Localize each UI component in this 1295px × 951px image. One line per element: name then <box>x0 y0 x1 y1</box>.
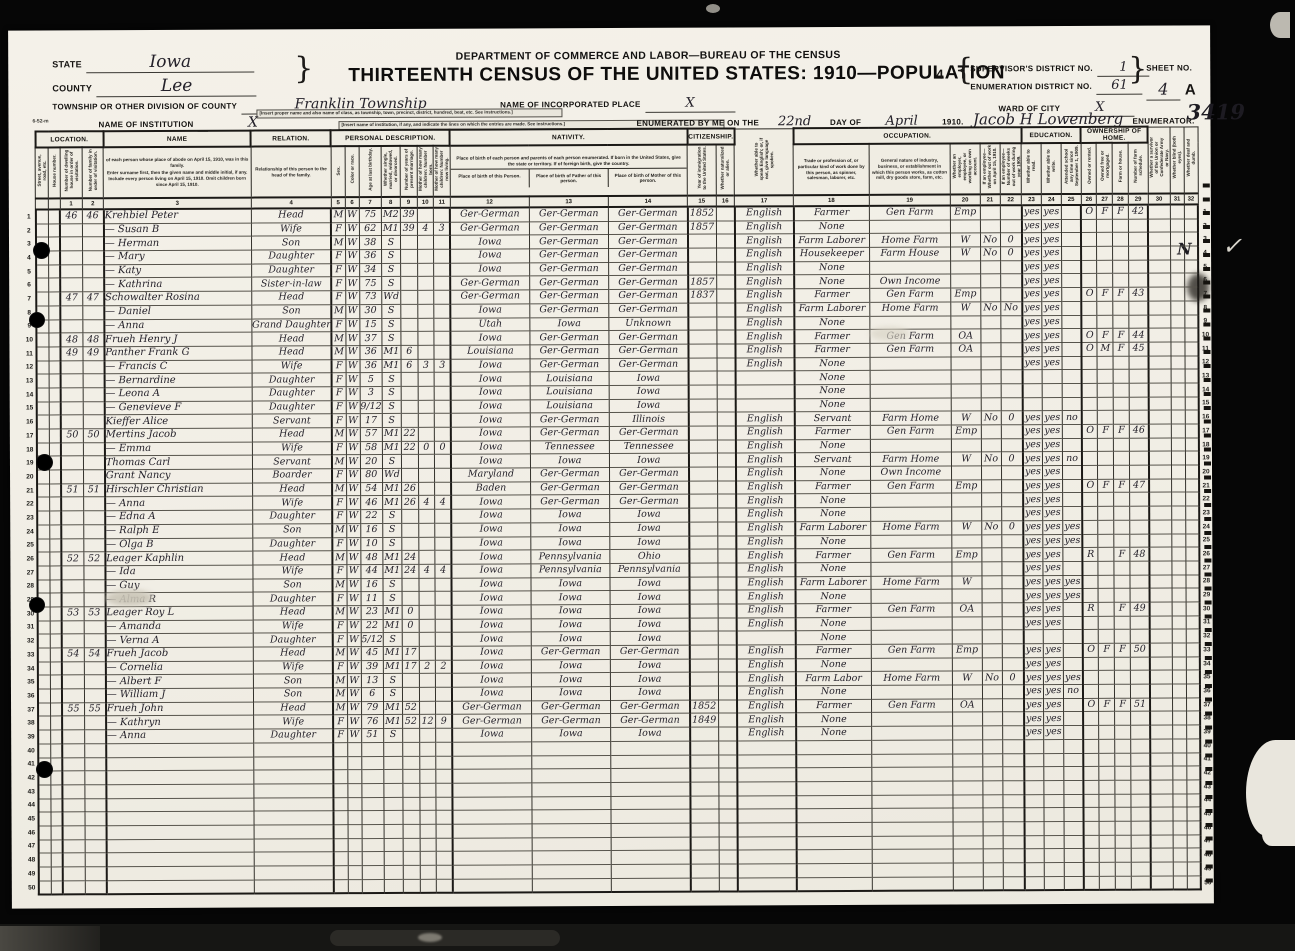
cell-attended-school <box>1062 274 1082 288</box>
cell-civil-war-veteran <box>1150 739 1172 753</box>
cell-relation: Sister-in-law <box>251 277 331 291</box>
cell-years-married <box>403 756 420 770</box>
cell-age <box>362 879 384 893</box>
cell-father-birthplace: Iowa <box>531 687 610 701</box>
cell-language: English <box>735 316 794 330</box>
cell-home-free-mortgaged <box>1098 547 1114 561</box>
cell-immigration-year <box>690 864 718 878</box>
cell-occupation <box>796 768 872 782</box>
cell-occupation <box>796 740 872 754</box>
cell-out-of-work <box>981 507 1001 521</box>
cell-weeks-out-of-work <box>1000 219 1022 233</box>
cell-attended-school <box>1062 438 1082 452</box>
cell-person-name: — Genevieve F <box>104 401 252 415</box>
cell-industry: Home Farm <box>871 521 952 535</box>
cell-naturalization <box>717 385 736 399</box>
cell-years-married <box>403 797 420 811</box>
cell-immigration-year: 1837 <box>688 289 716 303</box>
cell-marital-status: S <box>381 236 400 250</box>
cell-street <box>38 853 51 867</box>
cell-relation: Head <box>252 482 332 496</box>
cell-immigration-year <box>689 563 717 577</box>
cell-employment-class: OA <box>951 329 981 343</box>
cell-children-born <box>419 578 436 592</box>
cell-family-number <box>85 867 107 881</box>
cell-farm-or-house <box>1114 493 1130 507</box>
cell-immigration-year <box>689 549 717 563</box>
cell-relation: Head <box>253 551 333 565</box>
cell-attended-school <box>1064 726 1084 740</box>
cell-mother-birthplace: Ger-German <box>609 289 688 303</box>
cell-civil-war-veteran <box>1151 848 1173 862</box>
census-title: THIRTEENTH CENSUS OF THE UNITED STATES: … <box>348 63 928 88</box>
cell-farm-schedule-number <box>1130 575 1150 589</box>
cell-naturalization <box>717 549 736 563</box>
cell-years-married <box>401 468 418 482</box>
cell-birthplace <box>453 783 532 797</box>
cell-language: English <box>735 412 794 426</box>
cell-color-race <box>348 825 362 839</box>
cell-age <box>362 824 384 838</box>
cell-birthplace: Iowa <box>451 413 530 427</box>
cell-employment-class: W <box>950 233 980 247</box>
line-number-left: 24 <box>24 525 37 539</box>
cell-deaf-dumb <box>1186 547 1200 561</box>
cell-blind <box>1172 739 1186 753</box>
cell-home-owned-rented <box>1081 233 1097 247</box>
cell-marital-status: S <box>384 729 403 743</box>
cell-relation: Wife <box>253 715 333 729</box>
line-number-left: 18 <box>24 443 37 457</box>
line-number-left: 12 <box>24 361 37 375</box>
cell-industry: Gen Farm <box>871 699 952 713</box>
cell-house-number <box>49 278 61 292</box>
cell-house-number <box>50 525 62 539</box>
cell-out-of-work: No <box>981 411 1001 425</box>
cell-can-read: yes <box>1022 356 1042 370</box>
cell-blind <box>1171 506 1185 520</box>
cell-home-owned-rented <box>1081 274 1097 288</box>
cell-industry: Gen Farm <box>870 425 951 439</box>
cell-children-born <box>418 550 435 564</box>
cell-blind <box>1172 561 1186 575</box>
cell-color-race <box>348 811 362 825</box>
cell-industry: Gen Farm <box>871 644 952 658</box>
cell-dwelling-number <box>63 730 85 744</box>
cell-weeks-out-of-work <box>1003 822 1025 836</box>
paper-smudge <box>869 327 909 341</box>
cell-dwelling-number <box>60 237 82 251</box>
cell-mother-birthplace: Iowa <box>610 577 689 591</box>
cell-family-number: 46 <box>82 209 104 223</box>
cell-attended-school <box>1062 479 1082 493</box>
cell-can-read: yes <box>1022 342 1042 356</box>
column-header: General nature of industry, business, or… <box>869 144 950 195</box>
cell-out-of-work <box>982 740 1002 754</box>
cell-deaf-dumb <box>1186 574 1200 588</box>
cell-mother-birthplace: Ger-German <box>610 700 689 714</box>
cell-age: 76 <box>361 715 383 729</box>
line-number-left: 43 <box>25 785 38 799</box>
cell-relation: Son <box>253 688 333 702</box>
cell-person-name: — Anna <box>106 729 254 743</box>
cell-mother-birthplace: Iowa <box>610 673 689 687</box>
column-number: 22 <box>1000 194 1022 205</box>
cell-home-owned-rented <box>1081 246 1097 260</box>
cell-home-owned-rented <box>1082 520 1098 534</box>
cell-marital-status: M1 <box>383 701 402 715</box>
cell-father-birthplace: Ger-German <box>529 207 608 222</box>
cell-home-owned-rented <box>1084 849 1100 863</box>
cell-civil-war-veteran <box>1148 232 1170 246</box>
cell-dwelling-number <box>63 853 85 867</box>
cell-farm-or-house <box>1114 561 1130 575</box>
enum-district-value: 61 <box>1111 78 1128 93</box>
cell-deaf-dumb <box>1187 807 1201 821</box>
cell-mother-birthplace <box>611 809 690 823</box>
cell-home-free-mortgaged <box>1097 233 1113 247</box>
column-group-header: NAME <box>103 131 251 148</box>
cell-dwelling-number <box>62 538 84 552</box>
cell-mother-birthplace: Ger-German <box>609 262 688 276</box>
cell-civil-war-veteran <box>1151 876 1173 890</box>
cell-mother-birthplace: Ger-German <box>609 426 688 440</box>
cell-language: English <box>736 604 795 618</box>
cell-out-of-work <box>981 493 1001 507</box>
cell-out-of-work: No <box>980 247 1000 261</box>
cell-relation <box>254 797 334 811</box>
cell-farm-schedule-number <box>1129 369 1149 383</box>
cell-father-birthplace: Ger-German <box>529 235 608 249</box>
cell-children-born <box>417 318 434 332</box>
cell-years-married <box>402 674 419 688</box>
cell-father-birthplace: Iowa <box>530 454 609 468</box>
cell-deaf-dumb <box>1185 383 1199 397</box>
cell-children-living <box>436 879 453 893</box>
cell-weeks-out-of-work: 0 <box>1001 452 1023 466</box>
cell-street <box>37 511 50 525</box>
cell-blind <box>1172 616 1186 630</box>
cell-color-race: W <box>346 496 360 510</box>
cell-industry <box>869 220 950 234</box>
cell-color-race: W <box>347 564 361 578</box>
cell-attended-school <box>1064 876 1084 890</box>
cell-dwelling-number: 46 <box>60 209 82 223</box>
cell-home-owned-rented <box>1082 411 1098 425</box>
cell-attended-school <box>1062 356 1082 370</box>
cell-out-of-work: No <box>980 302 1000 316</box>
cell-weeks-out-of-work <box>1002 740 1024 754</box>
cell-sex <box>334 742 348 756</box>
cell-can-read: yes <box>1023 425 1043 439</box>
cell-birthplace: Utah <box>451 317 530 331</box>
cell-deaf-dumb <box>1187 876 1201 890</box>
cell-color-race: W <box>347 619 361 633</box>
cell-years-married: 39 <box>400 222 417 236</box>
cell-relation <box>254 825 334 839</box>
cell-can-read <box>1024 876 1044 890</box>
cell-farm-schedule-number <box>1129 452 1149 466</box>
cell-civil-war-veteran <box>1150 643 1172 657</box>
column-number: 7 <box>359 197 381 208</box>
column-number: 12 <box>450 196 529 207</box>
cell-home-owned-rented: R <box>1083 602 1099 616</box>
cell-immigration-year <box>689 604 717 618</box>
cell-street <box>37 538 50 552</box>
cell-can-write <box>1044 863 1064 877</box>
cell-deaf-dumb <box>1186 616 1200 630</box>
cell-marital-status: M1 <box>383 660 402 674</box>
cell-out-of-work <box>982 630 1002 644</box>
cell-birthplace: Iowa <box>451 372 530 386</box>
cell-civil-war-veteran <box>1149 383 1171 397</box>
cell-children-living <box>435 550 452 564</box>
cell-children-living <box>435 537 452 551</box>
cell-sex: M <box>333 606 347 620</box>
cell-birthplace <box>453 865 532 879</box>
cell-naturalization <box>717 467 736 481</box>
cell-farm-schedule-number <box>1131 794 1151 808</box>
cell-color-race: W <box>345 208 359 222</box>
cell-immigration-year <box>689 645 717 659</box>
cell-can-read: yes <box>1022 301 1042 315</box>
cell-home-owned-rented <box>1083 739 1099 753</box>
cell-can-write: yes <box>1044 726 1064 740</box>
cell-color-race <box>348 797 362 811</box>
cell-children-living <box>436 810 453 824</box>
cell-farm-or-house <box>1116 876 1132 890</box>
cell-person-name: Grant Nancy <box>105 469 253 483</box>
cell-out-of-work <box>981 315 1001 329</box>
cell-attended-school <box>1063 698 1083 712</box>
cell-father-birthplace: Ger-German <box>530 331 609 345</box>
cell-naturalization <box>718 645 737 659</box>
cell-sex: F <box>333 633 347 647</box>
cell-can-read: yes <box>1023 520 1043 534</box>
cell-immigration-year <box>690 850 718 864</box>
cell-marital-status: M1 <box>382 427 401 441</box>
cell-father-birthplace: Ger-German <box>531 714 610 728</box>
cell-attended-school: no <box>1062 411 1082 425</box>
cell-sex: M <box>333 701 347 715</box>
cell-blind <box>1171 328 1185 342</box>
cell-out-of-work <box>982 589 1002 603</box>
state-label: State <box>52 59 82 69</box>
cell-family-number <box>84 675 106 689</box>
cell-street <box>38 826 51 840</box>
cell-age <box>361 756 383 770</box>
cell-relation: Wife <box>253 660 333 674</box>
cell-weeks-out-of-work <box>1001 534 1023 548</box>
cell-immigration-year <box>690 727 718 741</box>
cell-marital-status: M1 <box>382 482 401 496</box>
cell-birthplace: Ger-German <box>452 714 531 728</box>
cell-civil-war-veteran <box>1149 356 1171 370</box>
cell-home-free-mortgaged <box>1099 684 1115 698</box>
cell-out-of-work <box>980 274 1000 288</box>
cell-farm-or-house <box>1114 411 1130 425</box>
cell-home-free-mortgaged <box>1099 739 1115 753</box>
cell-employment-class <box>952 630 982 644</box>
cell-house-number <box>50 497 62 511</box>
cell-out-of-work <box>983 808 1003 822</box>
cell-civil-war-veteran <box>1150 602 1172 616</box>
cell-industry <box>871 562 952 576</box>
cell-color-race: W <box>346 414 360 428</box>
cell-color-race: W <box>346 441 360 455</box>
cell-civil-war-veteran <box>1149 328 1171 342</box>
cell-industry <box>870 384 951 398</box>
cell-children-living <box>436 824 453 838</box>
cell-years-married <box>401 509 418 523</box>
cell-years-married <box>401 414 418 428</box>
cell-weeks-out-of-work <box>1000 329 1022 343</box>
cell-language: English <box>736 535 795 549</box>
cell-dwelling-number <box>62 634 84 648</box>
cell-blind <box>1173 766 1187 780</box>
cell-children-living <box>435 619 452 633</box>
cell-farm-or-house <box>1115 671 1131 685</box>
cell-farm-schedule-number: 44 <box>1129 328 1149 342</box>
cell-occupation: None <box>794 316 870 330</box>
cell-relation: Daughter <box>252 373 332 387</box>
cell-person-name <box>106 757 254 771</box>
cell-family-number <box>84 579 106 593</box>
cell-attended-school <box>1064 849 1084 863</box>
column-header: Mother of how many children: Number now … <box>433 146 450 197</box>
cell-birthplace: Iowa <box>450 263 529 277</box>
cell-children-born <box>417 236 434 250</box>
cell-can-write: yes <box>1043 671 1063 685</box>
cell-home-free-mortgaged <box>1097 274 1113 288</box>
cell-naturalization <box>718 700 737 714</box>
cell-years-married <box>402 687 419 701</box>
cell-employment-class <box>952 507 982 521</box>
column-header: Year of immigration to the United States… <box>687 145 716 196</box>
cell-father-birthplace: Iowa <box>531 673 610 687</box>
cell-language: English <box>736 590 795 604</box>
cell-naturalization <box>716 275 735 289</box>
cell-years-married <box>403 824 420 838</box>
cell-occupation: None <box>796 713 872 727</box>
cell-sex: M <box>333 647 347 661</box>
cell-farm-or-house <box>1115 684 1131 698</box>
column-header: Mother of how many children: Number born… <box>417 146 434 197</box>
cell-occupation: Farmer <box>794 288 870 302</box>
cell-children-born <box>418 468 435 482</box>
column-number: 25 <box>1061 194 1081 205</box>
cell-language <box>737 850 796 864</box>
cell-out-of-work: No <box>982 671 1002 685</box>
cell-marital-status: S <box>382 386 401 400</box>
cell-street <box>38 812 51 826</box>
cell-can-read: yes <box>1023 466 1043 480</box>
cell-blind <box>1170 204 1184 218</box>
cell-relation: Head <box>253 606 333 620</box>
line-number-left: 46 <box>26 826 39 840</box>
cell-home-owned-rented <box>1082 506 1098 520</box>
cell-mother-birthplace: Ger-German <box>608 221 687 235</box>
cell-deaf-dumb <box>1187 835 1201 849</box>
cell-immigration-year <box>690 755 718 769</box>
cell-farm-schedule-number <box>1130 629 1150 643</box>
cell-color-race: W <box>345 250 359 264</box>
cell-industry: Farm Home <box>870 452 951 466</box>
column-header: Whether naturalized or alien. <box>716 144 735 195</box>
cell-children-born: 0 <box>418 441 435 455</box>
scan-speck <box>706 4 720 13</box>
cell-children-born <box>419 605 436 619</box>
cell-home-free-mortgaged <box>1097 246 1113 260</box>
cell-farm-or-house <box>1113 274 1129 288</box>
cell-occupation: None <box>795 631 871 645</box>
cell-employment-class <box>952 658 982 672</box>
cell-farm-or-house: F <box>1114 547 1130 561</box>
cell-birthplace <box>453 837 532 851</box>
cell-home-owned-rented <box>1082 301 1098 315</box>
cell-farm-schedule-number: 45 <box>1129 342 1149 356</box>
cell-house-number <box>51 703 63 717</box>
cell-can-write <box>1044 808 1064 822</box>
cell-can-read: yes <box>1022 315 1042 329</box>
cell-can-write <box>1044 876 1064 890</box>
cell-children-living <box>435 633 452 647</box>
cell-employment-class <box>951 439 981 453</box>
cell-age: 36 <box>360 345 382 359</box>
cell-sex: F <box>333 537 347 551</box>
cell-immigration-year <box>688 317 716 331</box>
cell-father-birthplace <box>531 741 610 755</box>
cell-house-number <box>50 470 62 484</box>
cell-civil-war-veteran <box>1149 479 1171 493</box>
cell-years-married: 17 <box>402 660 419 674</box>
cell-sex: F <box>332 496 346 510</box>
cell-sex: F <box>333 619 347 633</box>
cell-immigration-year <box>689 467 717 481</box>
cell-mother-birthplace <box>611 741 690 755</box>
cell-home-free-mortgaged <box>1097 219 1113 233</box>
cell-children-living <box>435 605 452 619</box>
cell-sex: F <box>332 291 346 305</box>
cell-marital-status: Wd <box>382 468 401 482</box>
cell-birthplace: Iowa <box>451 331 530 345</box>
left-brace: } <box>294 51 313 86</box>
cell-color-race <box>348 783 362 797</box>
cell-home-owned-rented <box>1083 630 1099 644</box>
cell-home-owned-rented <box>1084 767 1100 781</box>
cell-home-free-mortgaged <box>1099 808 1115 822</box>
cell-farm-or-house: F <box>1114 602 1130 616</box>
cell-dwelling-number <box>63 880 85 894</box>
cell-person-name: Schowalter Rosina <box>104 291 252 305</box>
cell-can-write: yes <box>1042 274 1062 288</box>
cell-marital-status: S <box>383 633 402 647</box>
cell-civil-war-veteran <box>1148 219 1170 233</box>
cell-children-born <box>420 811 437 825</box>
cell-employment-class <box>953 767 983 781</box>
cell-occupation: Farmer <box>794 343 870 357</box>
cell-birthplace: Iowa <box>452 550 531 564</box>
cell-out-of-work <box>981 370 1001 384</box>
cell-family-number <box>84 689 106 703</box>
cell-marital-status <box>384 865 403 879</box>
cell-age: 36 <box>359 250 381 264</box>
cell-family-number <box>84 634 106 648</box>
cell-mother-birthplace: Illinois <box>609 412 688 426</box>
scanner-bed-highlight <box>418 933 442 942</box>
cell-family-number <box>82 223 104 237</box>
cell-home-owned-rented <box>1082 493 1098 507</box>
